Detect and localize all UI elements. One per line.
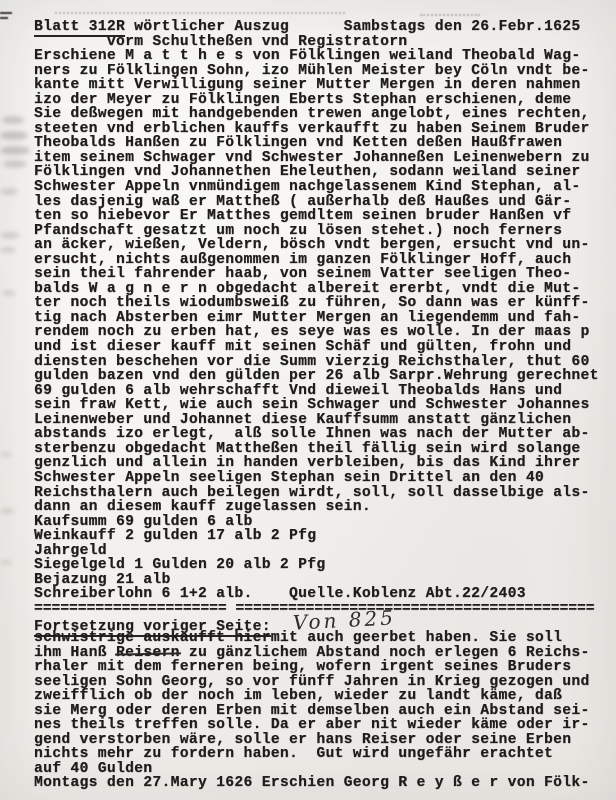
margin-smudge <box>0 560 12 565</box>
scan-speck-row <box>55 12 345 16</box>
doc-line: Fölklingen vnd Johannethen Eheleuthen, s… <box>34 165 612 180</box>
fee-line-with-source: Schreiberlohn 6 1+2 alb. Quelle.Koblenz … <box>34 587 612 602</box>
doc-line: rendem noch zu erben hat, es seye was es… <box>34 325 612 340</box>
margin-smudge <box>2 116 24 124</box>
margin-smudge <box>0 508 14 514</box>
doc-line: seeligen Sohn Georg, so vor fünff Jahren… <box>34 675 612 690</box>
doc-line: nichts mehr zu fordern haben. Gut wird u… <box>34 747 612 762</box>
doc-line: Reichsthalern auch beilegen wirdt, soll,… <box>34 486 612 501</box>
document-page: Blatt 312R wörtlicher Auszug Sambstags d… <box>0 0 616 800</box>
doc-line: dann an diesem kauff zugelassen sein. <box>34 500 612 515</box>
margin-smudge <box>2 290 16 296</box>
margin-smudge <box>0 247 16 253</box>
typewritten-text-block: Blatt 312R wörtlicher Auszug Sambstags d… <box>34 20 612 791</box>
handwritten-note: Von 825 <box>292 611 396 631</box>
header-subtitle: vorm Schultheßen vnd Registratorn <box>34 35 612 50</box>
scan-speck-row <box>420 14 480 18</box>
header-title-date: wörtlicher Auszug Sambstags den 26.Febr.… <box>125 19 580 35</box>
doc-line: les dasjenig waß er Mattheß ( außerhalb … <box>34 195 612 210</box>
doc-line: genzlich und allein in handen verbleiben… <box>34 456 612 471</box>
doc-line: kante mitt Verwilligung seiner Mutter Me… <box>34 78 612 93</box>
margin-smudge <box>0 188 18 195</box>
doc-line: schwistrige auskaufft hiermit auch geerb… <box>34 631 612 646</box>
struck-word: Reisern <box>116 645 180 661</box>
doc-line: und ist dieser kauff mit seinen Schäf un… <box>34 340 612 355</box>
fee-line: Kaufsumm 69 gulden 6 alb <box>34 515 612 530</box>
margin-smudge <box>0 232 20 239</box>
doc-line: gulden bazen vnd den gülden per 26 alb S… <box>34 369 612 384</box>
doc-line: ners zu Fölklingen Sohn, izo Mühlen Meis… <box>34 64 612 79</box>
doc-line: Sie deßwegen mit handgebenden trewen ang… <box>34 107 612 122</box>
doc-line: abstands izo erlegt, alß solle Ihnen was… <box>34 427 612 442</box>
continuation-line: Fortsetzung voriger Seite:Von 825 <box>34 616 612 631</box>
doc-line: Schwester Appeln vnmündigem nachgelassen… <box>34 180 612 195</box>
scan-edge-mark <box>0 17 8 19</box>
scan-edge-mark <box>0 12 12 14</box>
margin-smudge <box>3 160 27 168</box>
margin-smudge <box>0 452 12 457</box>
fee-line: Weinkauff 2 gulden 17 alb 2 Pfg <box>34 529 612 544</box>
doc-line-with-strikeout: ihm Hanß Reisern zu gänzlichem Abstand n… <box>34 646 612 661</box>
doc-line: zweifflich ob der noch im leben, wieder … <box>34 689 612 704</box>
doc-line: Montags den 27.Mary 1626 Erschien Georg … <box>34 776 612 791</box>
header-line: Blatt 312R wörtlicher Auszug Sambstags d… <box>34 20 612 35</box>
doc-line: ten so hiebevor Er Matthes gemdltem sein… <box>34 209 612 224</box>
doc-line: rhaler mit dem ferneren being, wofern ir… <box>34 660 612 675</box>
fee-line: Siegelgeld 1 Gulden 20 alb 2 Pfg <box>34 558 612 573</box>
doc-line: sein fraw Kett, wie auch sein Schwager u… <box>34 398 612 413</box>
doc-line: Schwester Appeln seeligen Stephan sein D… <box>34 471 612 486</box>
doc-line: nes theils treffen solle. Da er aber nit… <box>34 718 612 733</box>
doc-line: ter noch theils wiodumbsweiß zu führen, … <box>34 296 612 311</box>
margin-smudge <box>0 146 30 155</box>
doc-line: Erschiene M a t t h e s von Fölklingen w… <box>34 49 612 64</box>
doc-line: diensten beschehen vor die Summ vierzig … <box>34 355 612 370</box>
doc-line: Theobalds Hanßen zu Fölklingen vnd Kette… <box>34 136 612 151</box>
margin-smudge <box>0 131 28 140</box>
doc-line: sein theil fahrender haab, von seinem Va… <box>34 267 612 282</box>
doc-line: an äcker, wießen, Veldern, bösch vndt be… <box>34 238 612 253</box>
